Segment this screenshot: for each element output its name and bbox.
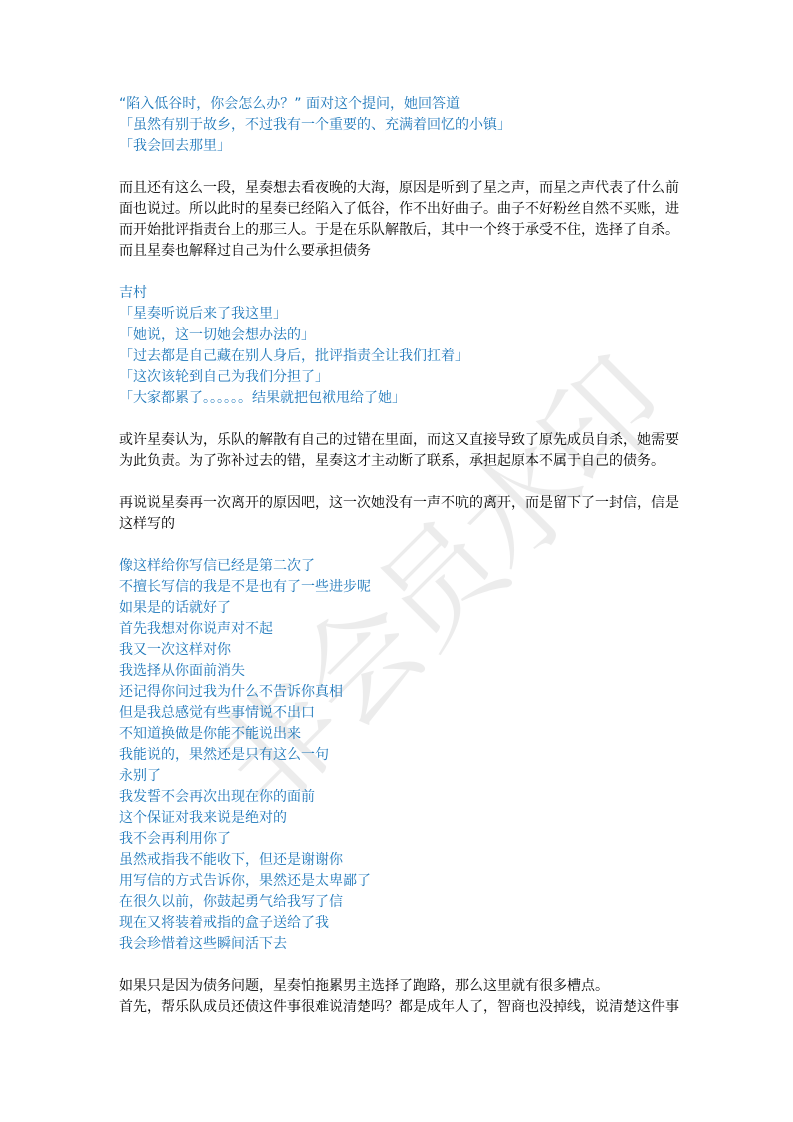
letter-line: 在很久以前，你鼓起勇气给我写了信: [119, 892, 679, 913]
body-paragraph-final: 如果只是因为债务问题，星奏怕拖累男主选择了跑路，那么这里就有很多槽点。 首先，帮…: [119, 976, 679, 1018]
letter-block: 像这样给你写信已经是第二次了 不擅长写信的我是不是也有了一些进步呢 如果是的话就…: [119, 556, 679, 955]
quote-line: 「她说，这一切她会想办法的」: [119, 325, 679, 346]
letter-line: 用写信的方式告诉你，果然还是太卑鄙了: [119, 871, 679, 892]
spacer: [119, 157, 679, 178]
body-paragraph: 或许星奏认为，乐队的解散有自己的过错在里面，而这又直接导致了原先成员自杀，她需要…: [119, 430, 679, 472]
letter-line: 还记得你问过我为什么不告诉你真相: [119, 682, 679, 703]
quote-line: 「虽然有别于故乡，不过我有一个重要的、充满着回忆的小镇」: [119, 115, 679, 136]
letter-line: 但是我总感觉有些事情说不出口: [119, 703, 679, 724]
document-page: “陷入低谷时，你会怎么办？” 面对这个提问，她回答道 「虽然有别于故乡，不过我有…: [119, 94, 679, 1018]
letter-line: 我不会再利用你了: [119, 829, 679, 850]
quote-line: 「我会回去那里」: [119, 136, 679, 157]
letter-line: 像这样给你写信已经是第二次了: [119, 556, 679, 577]
letter-line: 首先我想对你说声对不起: [119, 619, 679, 640]
spacer: [119, 409, 679, 430]
body-line: 如果只是因为债务问题，星奏怕拖累男主选择了跑路，那么这里就有很多槽点。: [119, 976, 679, 997]
spacer: [119, 262, 679, 283]
quote-line: 「这次该轮到自己为我们分担了」: [119, 367, 679, 388]
letter-line: 不擅长写信的我是不是也有了一些进步呢: [119, 577, 679, 598]
spacer: [119, 472, 679, 493]
speaker-name: 吉村: [119, 283, 679, 304]
body-paragraph: 而且还有这么一段，星奏想去看夜晚的大海，原因是听到了星之声，而星之声代表了什么前…: [119, 178, 679, 262]
letter-line: 虽然戒指我不能收下，但还是谢谢你: [119, 850, 679, 871]
letter-line: 不知道换做是你能不能说出来: [119, 724, 679, 745]
letter-line: 现在又将装着戒指的盒子送给了我: [119, 913, 679, 934]
letter-line: 我发誓不会再次出现在你的面前: [119, 787, 679, 808]
letter-line: 我又一次这样对你: [119, 640, 679, 661]
quote-block-yoshimura: 吉村 「星奏听说后来了我这里」 「她说，这一切她会想办法的」 「过去都是自己藏在…: [119, 283, 679, 409]
letter-line: 我会珍惜着这些瞬间活下去: [119, 934, 679, 955]
spacer: [119, 955, 679, 976]
quote-line: 「大家都累了。。。。。。结果就把包袱甩给了她」: [119, 388, 679, 409]
quote-line: “陷入低谷时，你会怎么办？” 面对这个提问，她回答道: [119, 94, 679, 115]
body-paragraph: 再说说星奏再一次离开的原因吧，这一次她没有一声不吭的离开，而是留下了一封信，信是…: [119, 493, 679, 535]
letter-line: 永别了: [119, 766, 679, 787]
quote-block-intro: “陷入低谷时，你会怎么办？” 面对这个提问，她回答道 「虽然有别于故乡，不过我有…: [119, 94, 679, 157]
letter-line: 这个保证对我来说是绝对的: [119, 808, 679, 829]
letter-line: 我能说的，果然还是只有这么一句: [119, 745, 679, 766]
spacer: [119, 535, 679, 556]
quote-line: 「过去都是自己藏在别人身后，批评指责全让我们扛着」: [119, 346, 679, 367]
letter-line: 如果是的话就好了: [119, 598, 679, 619]
quote-line: 「星奏听说后来了我这里」: [119, 304, 679, 325]
letter-line: 我选择从你面前消失: [119, 661, 679, 682]
body-line: 首先，帮乐队成员还债这件事很难说清楚吗？都是成年人了，智商也没掉线，说清楚这件事: [119, 997, 679, 1018]
